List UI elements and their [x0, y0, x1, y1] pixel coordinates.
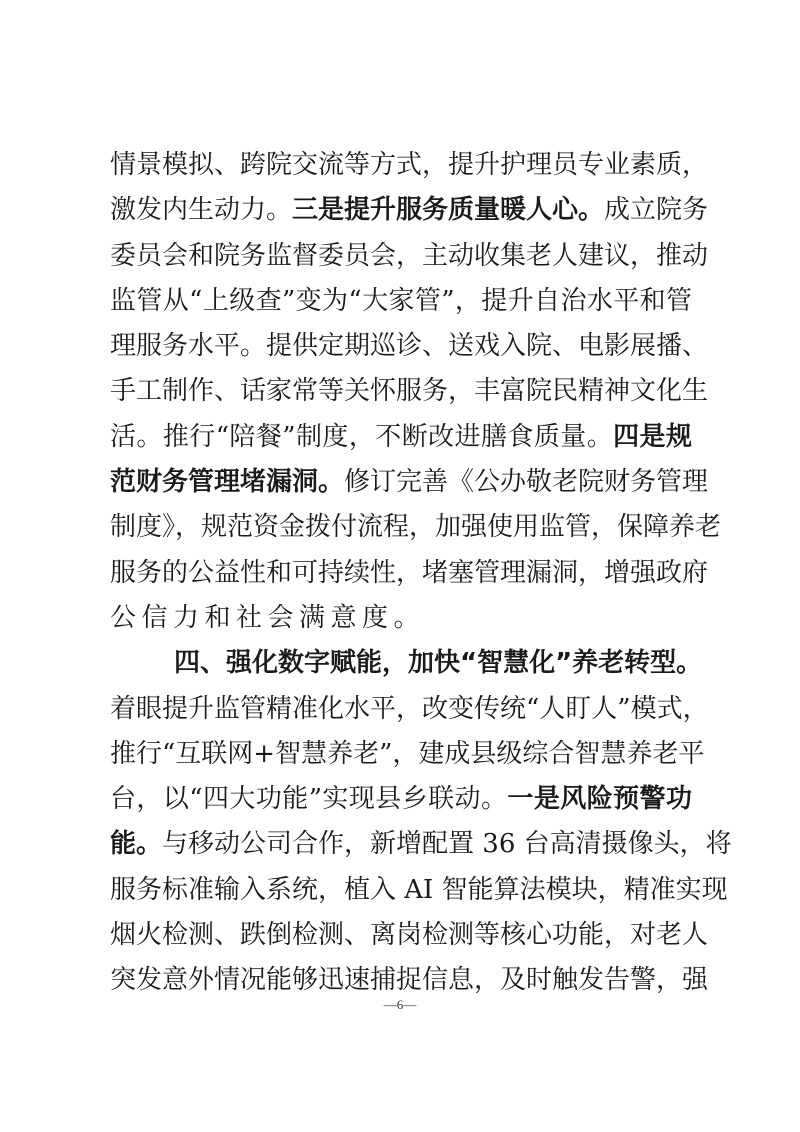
section-heading-text: 四、强化数字赋能，加快“智慧化”养老转型。 [174, 648, 702, 678]
bold-subheading: 一是风险预警功 [507, 784, 692, 814]
text-run: 活。推行“陪餐”制度，不断改进膳食质量。 [110, 422, 613, 452]
text-run: 委员会和院务监督委员会，主动收集老人建议，推动 [110, 241, 708, 271]
text-line: 理服务水平。提供定期巡诊、送戏入院、电影展播、 [110, 324, 692, 369]
text-run: 手工制作、话家常等关怀服务，丰富院民精神文化生 [110, 376, 708, 406]
text-run: 监管从“上级查”变为“大家管”，提升自治水平和管 [110, 286, 692, 316]
text-line: 烟火检测、跌倒检测、离岗检测等核心功能，对老人 [110, 913, 692, 958]
text-line: 活。推行“陪餐”制度，不断改进膳食质量。四是规 [110, 415, 692, 460]
text-run: 与移动公司合作，新增配置 36 台高清摄像头，将 [162, 829, 732, 859]
text-line: 能。与移动公司合作，新增配置 36 台高清摄像头，将 [110, 822, 692, 867]
text-run: 烟火检测、跌倒检测、离岗检测等核心功能，对老人 [110, 920, 708, 950]
text-run: 服务标准输入系统，植入 AI 智能算法模块，精准实现 [110, 875, 728, 905]
text-line: 情景模拟、跨院交流等方式，提升护理员专业素质， [110, 143, 692, 188]
bold-subheading: 范财务管理堵漏洞。 [110, 467, 344, 497]
text-run: 制度》，规范资金拨付流程，加强使用监管，保障养老 [110, 512, 721, 542]
bold-subheading: 能。 [110, 829, 162, 859]
text-run: 情景模拟、跨院交流等方式，提升护理员专业素质， [110, 150, 708, 180]
text-run: 理服务水平。提供定期巡诊、送戏入院、电影展播、 [110, 331, 708, 361]
text-line: 推行“互联网+智慧养老”，建成县级综合智慧养老平 [110, 732, 692, 777]
text-line: 台，以“四大功能”实现县乡联动。一是风险预警功 [110, 777, 692, 822]
text-line: 服务标准输入系统，植入 AI 智能算法模块，精准实现 [110, 868, 692, 913]
text-run: 着眼提升监管精准化水平，改变传统“人盯人”模式， [110, 694, 709, 724]
text-run: 修订完善《公办敬老院财务管理 [344, 467, 708, 497]
section-heading: 四、强化数字赋能，加快“智慧化”养老转型。 [110, 641, 692, 686]
text-run: 公信力和社会满意度。 [110, 603, 425, 633]
text-line: 公信力和社会满意度。 [110, 596, 692, 641]
text-run: 台，以“四大功能”实现县乡联动。 [110, 784, 507, 814]
bold-subheading: 三是提升服务质量暖人心。 [292, 195, 604, 225]
text-line: 服务的公益性和可持续性，堵塞管理漏洞，增强政府 [110, 551, 692, 596]
text-run: 服务的公益性和可持续性，堵塞管理漏洞，增强政府 [110, 558, 708, 588]
text-line: 范财务管理堵漏洞。修订完善《公办敬老院财务管理 [110, 460, 692, 505]
text-line: 委员会和院务监督委员会，主动收集老人建议，推动 [110, 234, 692, 279]
text-line: 手工制作、话家常等关怀服务，丰富院民精神文化生 [110, 369, 692, 414]
text-run: 激发内生动力。 [110, 195, 292, 225]
text-run: 成立院务 [604, 195, 708, 225]
document-body: 情景模拟、跨院交流等方式，提升护理员专业素质， 激发内生动力。三是提升服务质量暖… [110, 143, 692, 1004]
bold-subheading: 四是规 [613, 422, 692, 452]
text-line: 着眼提升监管精准化水平，改变传统“人盯人”模式， [110, 687, 692, 732]
text-run: 突发意外情况能够迅速捕捉信息，及时触发告警，强 [110, 965, 708, 995]
text-line: 监管从“上级查”变为“大家管”，提升自治水平和管 [110, 279, 692, 324]
text-run: 推行“互联网+智慧养老”，建成县级综合智慧养老平 [110, 739, 704, 769]
text-line: 激发内生动力。三是提升服务质量暖人心。成立院务 [110, 188, 692, 233]
page-number: —6— [0, 997, 800, 1013]
text-line: 制度》，规范资金拨付流程，加强使用监管，保障养老 [110, 505, 692, 550]
